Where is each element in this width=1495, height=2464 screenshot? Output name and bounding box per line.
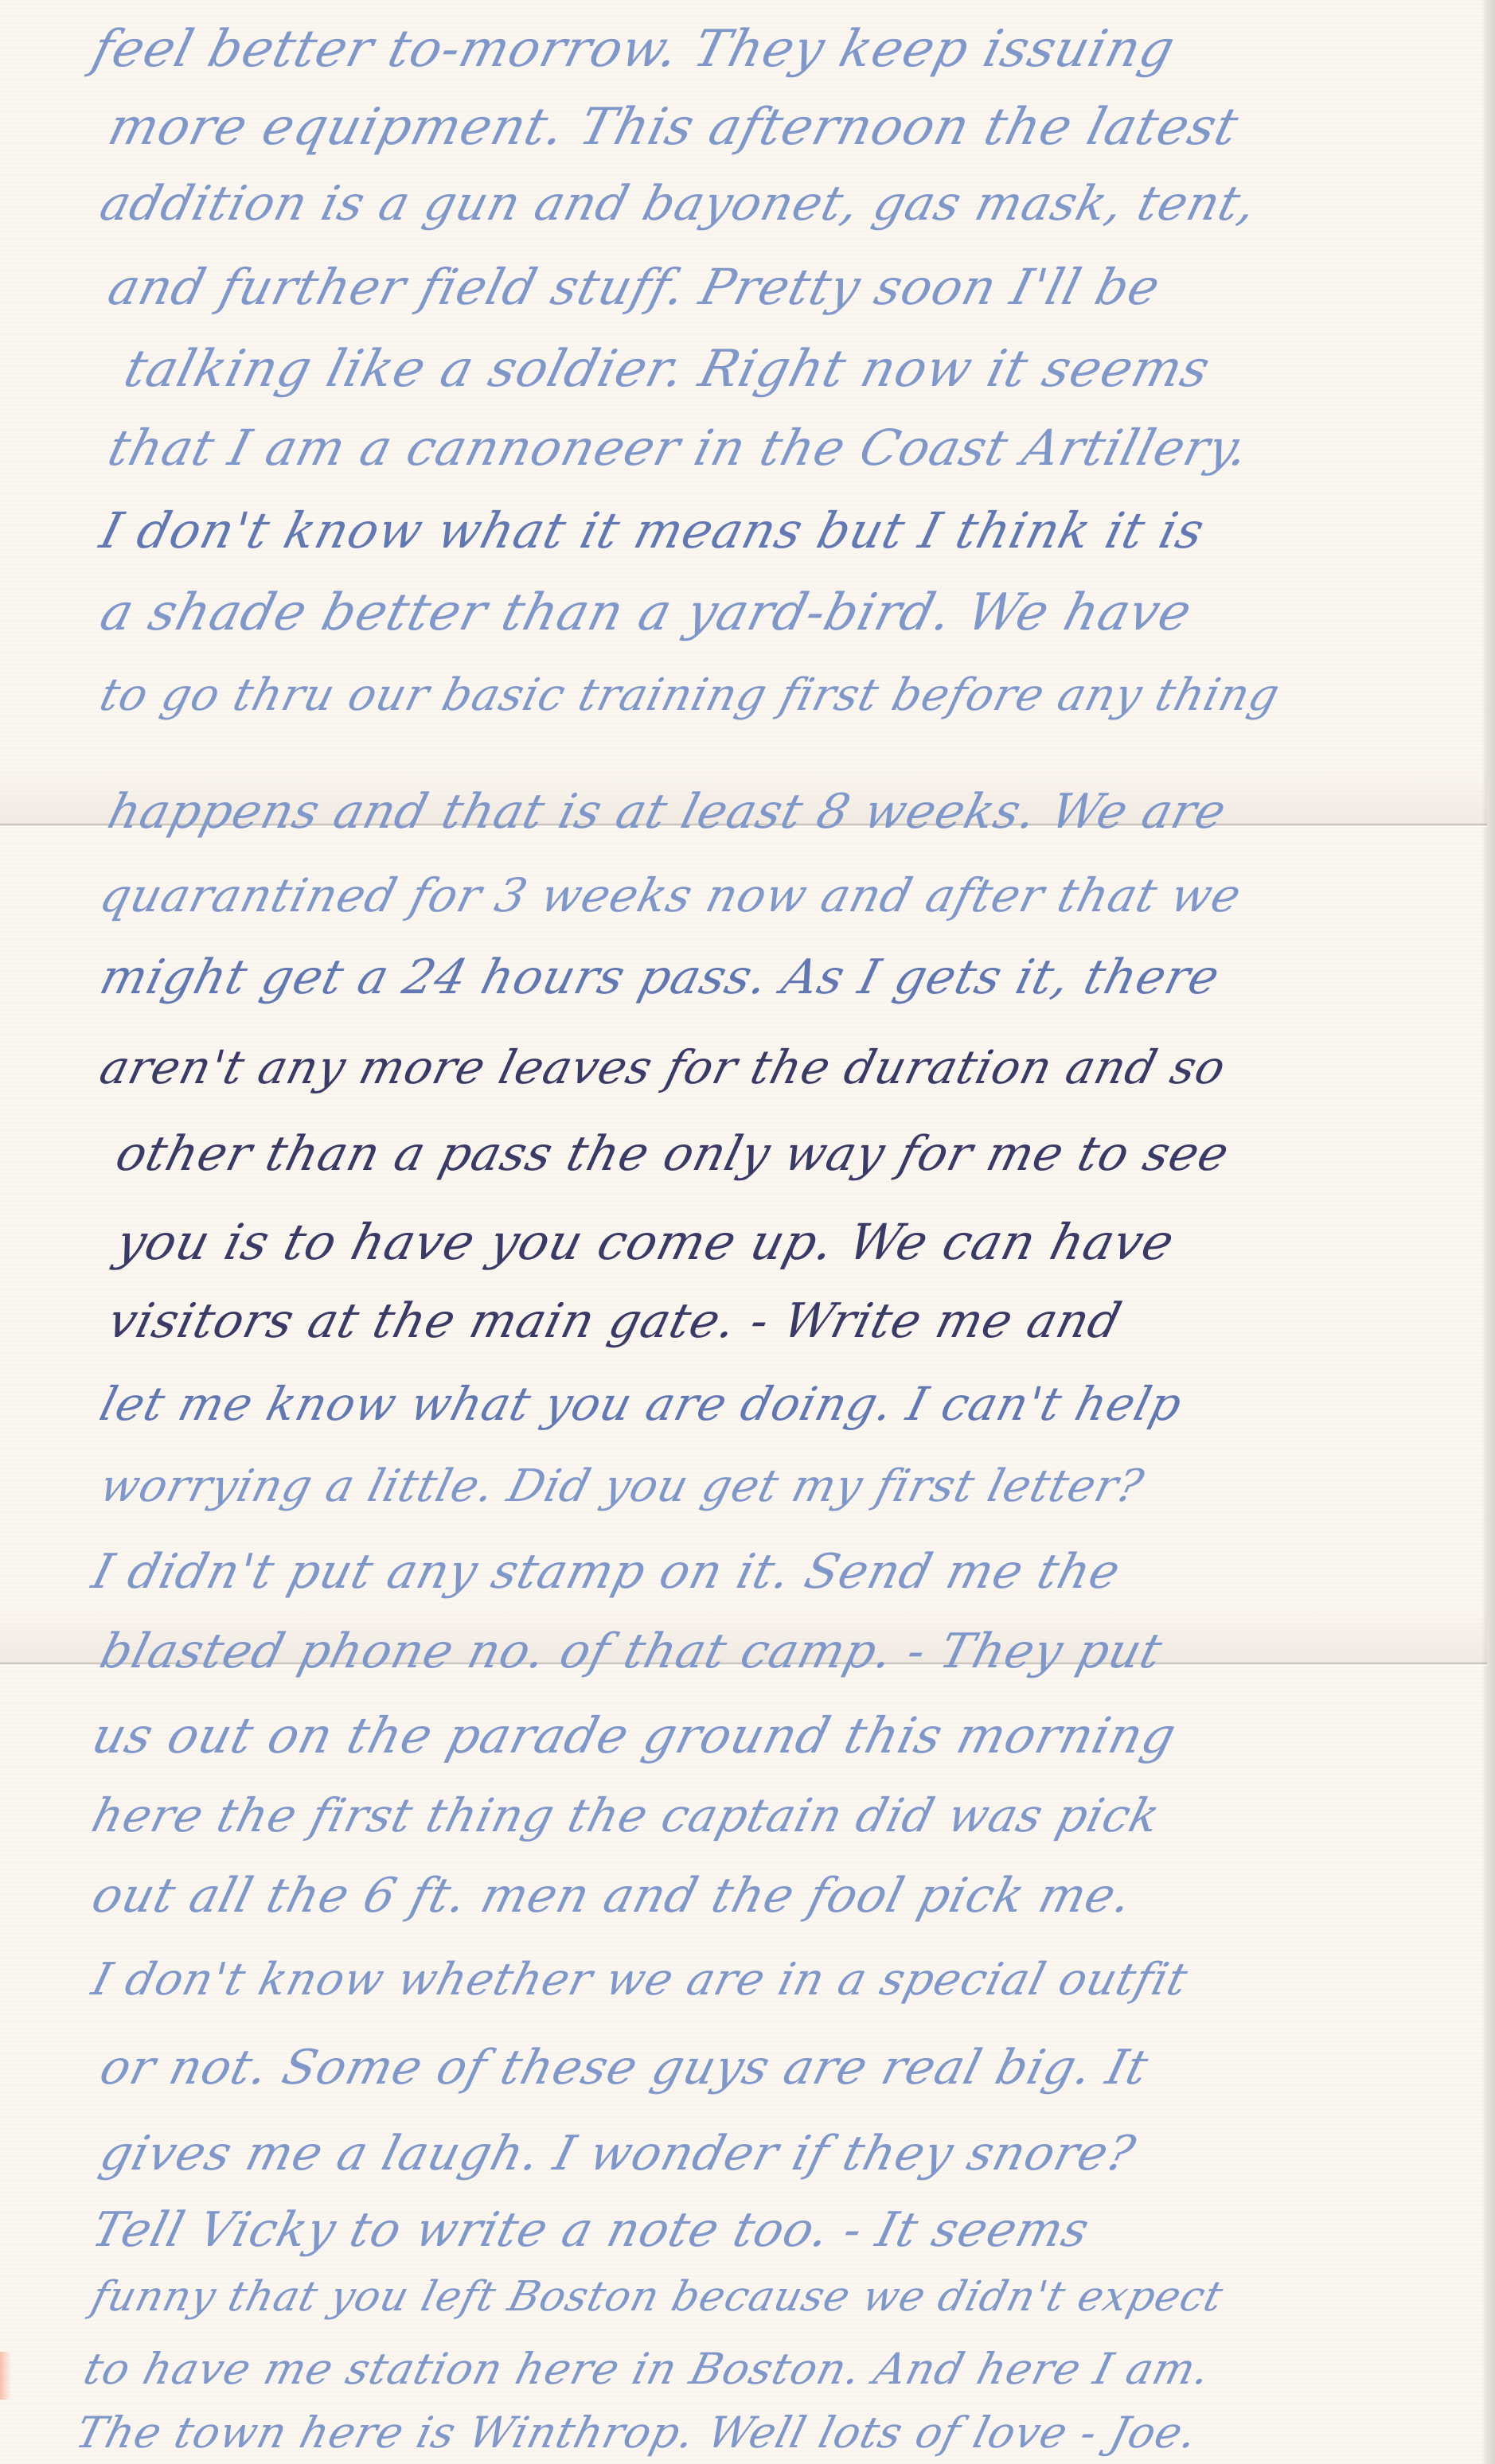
letter-line: addition is a gun and bayonet, gas mask,…: [96, 180, 1261, 228]
letter-line: feel better to-morrow. They keep issuing: [88, 24, 1180, 75]
letter-line: worrying a little. Did you get my first …: [96, 1464, 1148, 1509]
letter-line: gives me a laugh. I wonder if they snore…: [96, 2130, 1140, 2177]
letter-line: us out on the parade ground this morning: [88, 1711, 1181, 1760]
letter-line: here the first thing the captain did was…: [88, 1792, 1165, 1838]
letter-line: I didn't put any stamp on it. Send me th…: [88, 1548, 1125, 1596]
letter-line: Tell Vicky to write a note too. - It see…: [88, 2206, 1094, 2254]
letter-line: that I am a cannoneer in the Coast Artil…: [103, 423, 1254, 473]
letter-line: let me know what you are doing. I can't …: [96, 1381, 1187, 1427]
letter-line: to have me station here in Boston. And h…: [80, 2348, 1215, 2391]
letter-line: funny that you left Boston because we di…: [88, 2276, 1228, 2318]
paper-stain: [0, 2352, 11, 2400]
letter-line: I don't know whether we are in a special…: [88, 1958, 1192, 2002]
letter-page: feel better to-morrow. They keep issuing…: [0, 0, 1495, 2464]
letter-line: or not. Some of these guys are real big.…: [96, 2044, 1153, 2092]
letter-line: more equipment. This afternoon the lates…: [103, 102, 1243, 153]
letter-line: talking like a soldier. Right now it see…: [119, 344, 1215, 395]
letter-line: quarantined for 3 weeks now and after th…: [96, 872, 1246, 918]
letter-line: out all the 6 ft. men and the fool pick …: [88, 1872, 1137, 1920]
letter-line: aren't any more leaves for the duration …: [96, 1044, 1231, 1090]
letter-line: might get a 24 hours pass. As I gets it,…: [96, 953, 1224, 1001]
letter-line: The town here is Winthrop. Well lots of …: [72, 2411, 1202, 2454]
letter-line: blasted phone no. of that camp. - They p…: [96, 1628, 1167, 1675]
letter-line: happens and that is at least 8 weeks. We…: [103, 788, 1231, 836]
letter-line: to go thru our basic training first befo…: [96, 673, 1284, 718]
letter-line: visitors at the main gate. - Write me an…: [103, 1297, 1126, 1345]
letter-line: you is to have you come up. We can have: [111, 1218, 1179, 1267]
letter-line: and further field stuff. Pretty soon I'l…: [103, 263, 1165, 312]
letter-line: a shade better than a yard-bird. We have: [96, 587, 1196, 638]
letter-line: other than a pass the only way for me to…: [111, 1130, 1234, 1178]
letter-line: I don't know what it means but I think i…: [96, 506, 1209, 556]
